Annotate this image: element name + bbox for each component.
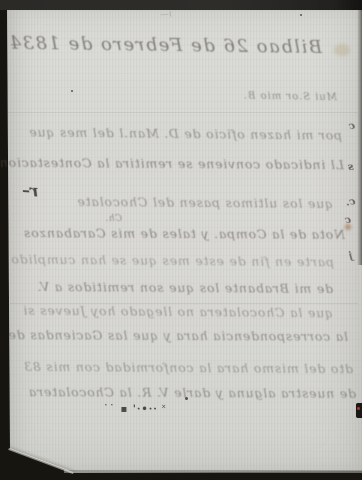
horizontal-crease [8,112,358,113]
date-line: Bilbao 26 de Febrero de 1834 [42,34,322,58]
edge-ink-mark: c. [345,197,356,209]
body-line: de mi Brabante los que son remitidos a V… [25,280,333,296]
body-line: dto del mismo hara la conformidad con mi… [15,360,353,376]
rust-spot [345,224,351,230]
body-line: Nota de la Compa. y tales de mis Caraban… [15,226,345,241]
ink-speck [300,14,302,16]
body-line: que los ultimos pasen del Chocolate [85,195,333,211]
body-line: parte en fin de este mes que se han cump… [22,253,334,269]
edge-ink-mark: s [348,163,354,173]
edge-ink-mark: c [348,122,355,133]
ink-blot: r– [21,182,39,199]
paper-bottom-edge [64,470,362,473]
red-sealing-speck [357,407,360,410]
right-edge-notch [356,403,362,418]
salutation: Mui S.or mio B. [202,90,337,103]
body-line: que la Chocolatera no llegado hoy Jueves… [25,304,333,320]
scan-top-edge-bar [0,0,362,10]
right-paper-edge-shadow [357,10,362,265]
pencil-mark: —ι [160,10,173,20]
body-line: Ll indicado conviene se remitira la Cont… [12,156,344,172]
ink-dots-row: ˟ ··•·' ▪ ˙˙ [88,404,166,415]
ink-speck [185,397,188,400]
edge-ink-mark: j [349,252,353,262]
scanned-letter-photo: Bilbao 26 de Febrero de 1834Mui S.or mio… [0,0,362,480]
foxing-stain [334,44,350,56]
superscript-note: Ch. [96,215,122,225]
body-line: la correspondencia hara y que las Gacien… [15,328,348,343]
body-line: de nuestra alguna y darle V. R. la Choco… [12,385,356,401]
ink-speck [71,90,73,92]
